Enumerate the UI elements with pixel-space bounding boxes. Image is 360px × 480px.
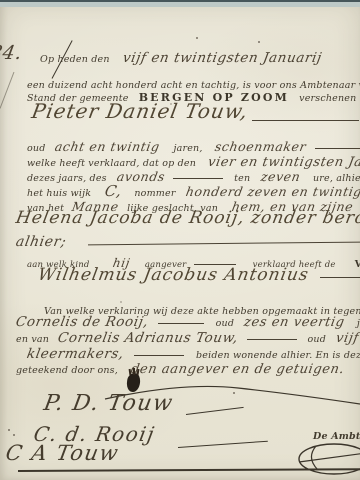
printed-text: geteekend door ons, xyxy=(16,365,118,376)
signature-declarant: P. D. Touw xyxy=(44,391,173,416)
handwritten-signers: den aangever en de getuigen. xyxy=(130,362,346,377)
signature-witness2: C A Touw xyxy=(6,441,119,465)
handwritten-date: vijf en twintigsten Januarij xyxy=(121,50,323,66)
line-child-name: Wilhelmus Jacobus Antonius xyxy=(38,265,360,285)
handwritten-alhier: alhier; xyxy=(15,234,68,250)
ruled-line xyxy=(320,277,360,278)
mother-name: Helena Jacoba de Rooij, zonder bero xyxy=(14,208,360,228)
ruled-line xyxy=(247,339,297,340)
signature-flourish xyxy=(178,441,268,448)
signature-flourish xyxy=(186,407,244,415)
paper-speck xyxy=(120,301,122,303)
act-number-text: 84. xyxy=(0,42,24,64)
act-number: 84. xyxy=(0,42,22,64)
printed-text: verschenen : xyxy=(299,93,360,104)
line-signed: geteekend door ons, den aangever en de g… xyxy=(16,358,344,377)
line-declarant: Pieter Daniel Touw, xyxy=(32,99,248,123)
ruled-line xyxy=(315,148,360,149)
signature-text: C A Touw xyxy=(4,441,121,465)
paper-speck xyxy=(8,429,10,431)
line-alhier: alhier; xyxy=(16,231,66,250)
line-date: Op heden den vijf en twintigsten Januari… xyxy=(40,47,322,66)
paper-speck xyxy=(13,434,15,436)
printed-heading: Op heden den xyxy=(40,54,110,65)
ruled-line xyxy=(88,242,360,246)
line-mother: Helena Jacoba de Rooij, zonder bero xyxy=(16,208,360,228)
ruled-line xyxy=(173,178,223,179)
paper-crease xyxy=(0,72,14,109)
birth-certificate-scan: 84. Op heden den vijf en twintigsten Jan… xyxy=(0,0,360,480)
paper-speck xyxy=(196,37,198,39)
signature-text: P. D. Touw xyxy=(42,391,176,416)
ruled-line xyxy=(252,120,359,121)
official-signature-flourish xyxy=(296,438,360,478)
paper-speck xyxy=(233,392,235,394)
declarant-name: Pieter Daniel Touw, xyxy=(30,99,250,123)
child-name: Wilhelmus Jacobus Antonius xyxy=(36,265,310,285)
paper-speck xyxy=(258,41,260,43)
scan-top-edge xyxy=(0,0,360,7)
ruled-line xyxy=(158,323,204,324)
paper-speck xyxy=(170,103,172,105)
ruled-line xyxy=(134,355,184,356)
